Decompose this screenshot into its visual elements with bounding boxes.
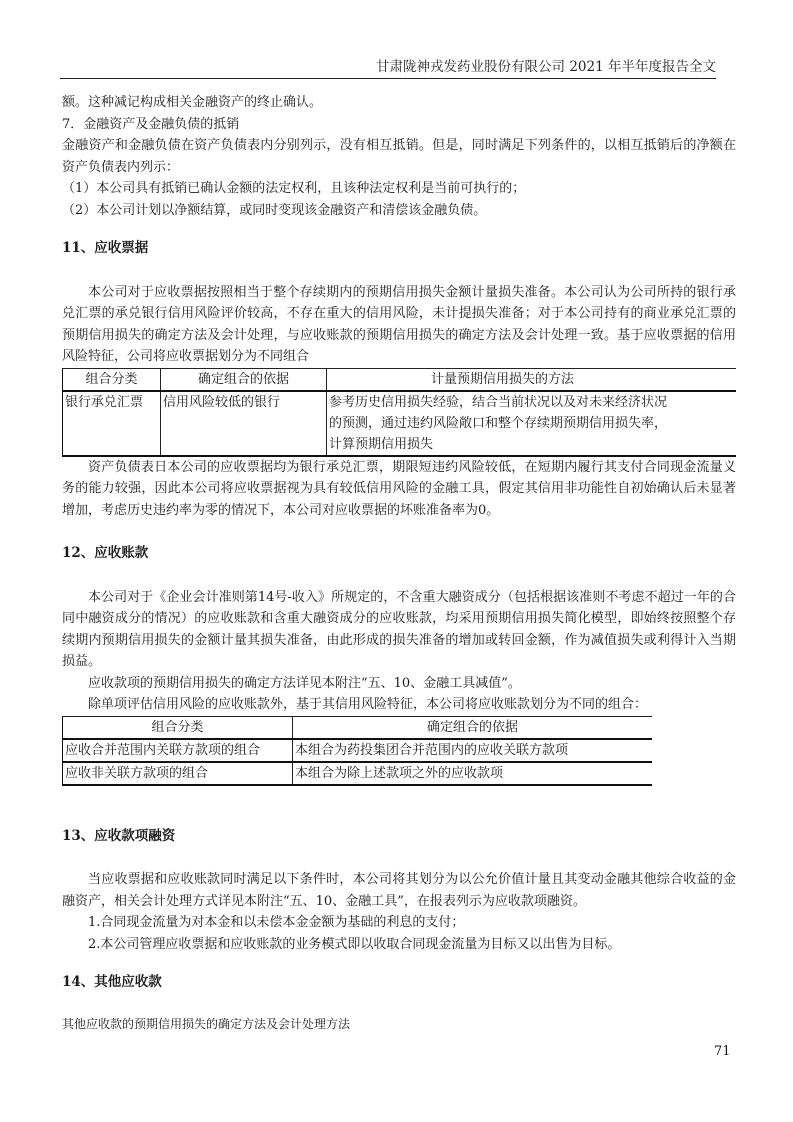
table-header-cell: 确定组合的依据 [161, 368, 327, 391]
table-cell: 参考历史信用损失经验，结合当前状况以及对未来经济状况的预测，通过违约风险敞口和整… [327, 391, 737, 456]
receivables-financing-paragraph: 当应收票据和应收账款同时满足以下条件时，本公司将其划分为以公允价值计量且其变动金… [62, 869, 736, 912]
notes-receivable-paragraph-2: 资产负债表日本公司的应收票据均为银行承兑汇票，期限短违约风险较低，在短期内履行其… [62, 457, 736, 522]
document-body: 额。这种减记构成相关金融资产的终止确认。 7．金融资产及金融负债的抵销 金融资产… [62, 92, 736, 1035]
notes-receivable-table: 组合分类 确定组合的依据 计量预期信用损失的方法 银行承兑汇票 信用风险较低的银… [62, 368, 736, 457]
section-heading-receivables-financing: 13、应收款项融资 [62, 826, 736, 848]
offset-condition-1: （1）本公司具有抵销已确认金额的法定权利，且该种法定权利是当前可执行的； [62, 178, 736, 200]
table-cell: 应收合并范围内关联方款项的组合 [63, 739, 293, 762]
table-header-row: 组合分类 确定组合的依据 [63, 716, 653, 739]
receivables-financing-condition-1: 1.合同现金流量为对本金和以未偿本金金额为基础的利息的支付； [62, 912, 736, 934]
notes-receivable-paragraph-1: 本公司对于应收票据按照相当于整个存续期内的预期信用损失金额计量损失准备。本公司认… [62, 282, 736, 368]
offset-paragraph: 金融资产和金融负债在资产负债表内分别列示，没有相互抵销。但是，同时满足下列条件的… [62, 135, 736, 178]
sub-heading-offset: 7．金融资产及金融负债的抵销 [62, 114, 736, 136]
table-cell: 应收非关联方款项的组合 [63, 762, 293, 785]
table-header-row: 组合分类 确定组合的依据 计量预期信用损失的方法 [63, 368, 737, 391]
table-header-cell: 组合分类 [63, 368, 161, 391]
table-cell: 银行承兑汇票 [63, 391, 161, 456]
accounts-receivable-table: 组合分类 确定组合的依据 应收合并范围内关联方款项的组合 本组合为药投集团合并范… [62, 716, 652, 786]
accounts-receivable-paragraph-2: 应收款项的预期信用损失的确定方法详见本附注“五、10、金融工具减值”。 [62, 673, 736, 695]
table-header-cell: 组合分类 [63, 716, 293, 739]
table-cell: 本组合为除上述款项之外的应收款项 [293, 762, 653, 785]
page-number: 71 [714, 1044, 731, 1059]
table-row: 应收合并范围内关联方款项的组合 本组合为药投集团合并范围内的应收关联方款项 [63, 739, 653, 762]
table-row: 银行承兑汇票 信用风险较低的银行 参考历史信用损失经验，结合当前状况以及对未来经… [63, 391, 737, 456]
page-header: 甘肃陇神戎发药业股份有限公司 2021 年半年度报告全文 [60, 58, 716, 79]
section-heading-other-receivables: 14、其他应收款 [62, 972, 736, 994]
accounts-receivable-paragraph-1: 本公司对于《企业会计准则第14号-收入》所规定的，不含重大融资成分（包括根据该准… [62, 587, 736, 673]
offset-condition-2: （2）本公司计划以净额结算，或同时变现该金融资产和清偿该金融负债。 [62, 200, 736, 222]
receivables-financing-condition-2: 2.本公司管理应收票据和应收账款的业务模式即以收取合同现金流量为目标又以出售为目… [62, 934, 736, 956]
table-cell: 信用风险较低的银行 [161, 391, 327, 456]
section-heading-notes-receivable: 11、应收票据 [62, 238, 736, 260]
section-heading-accounts-receivable: 12、应收账款 [62, 543, 736, 565]
table-header-cell: 计量预期信用损失的方法 [327, 368, 737, 391]
table-header-cell: 确定组合的依据 [293, 716, 653, 739]
intro-line: 额。这种减记构成相关金融资产的终止确认。 [62, 92, 736, 114]
other-receivables-paragraph: 其他应收款的预期信用损失的确定方法及会计处理方法 [62, 1014, 736, 1036]
table-cell: 本组合为药投集团合并范围内的应收关联方款项 [293, 739, 653, 762]
table-row: 应收非关联方款项的组合 本组合为除上述款项之外的应收款项 [63, 762, 653, 785]
accounts-receivable-paragraph-3: 除单项评估信用风险的应收账款外，基于其信用风险特征，本公司将应收账款划分为不同的… [62, 694, 736, 716]
